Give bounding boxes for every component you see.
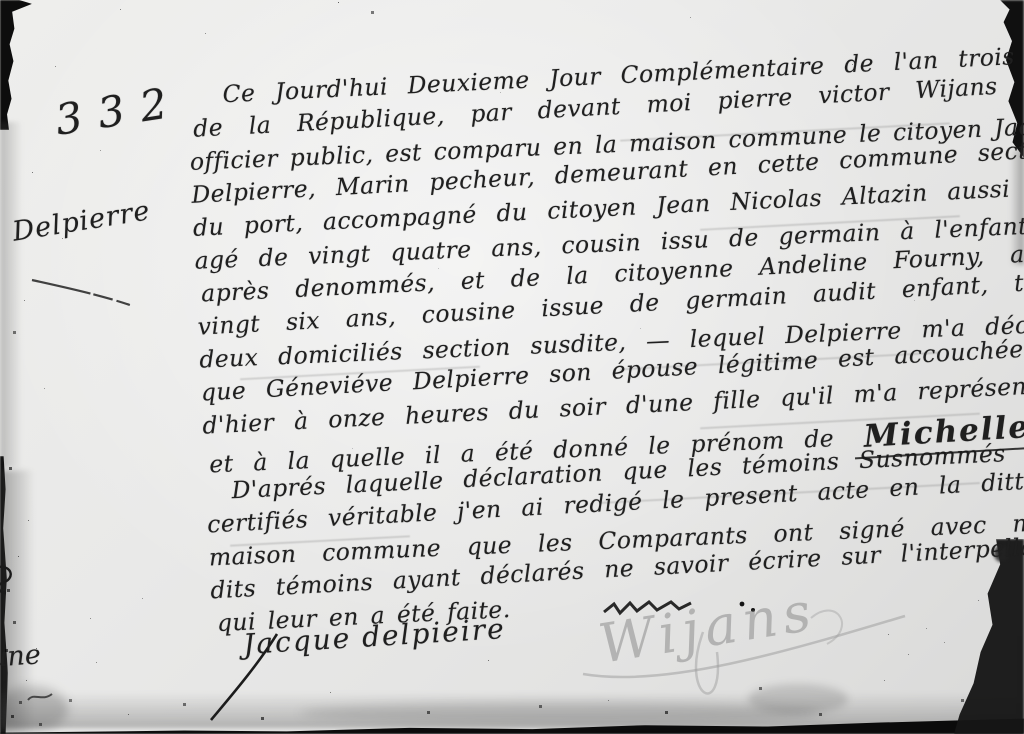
edge-text-fragment: une (0, 639, 42, 673)
act-text: Ce Jourd'hui Deuxieme Jour Complémentair… (186, 40, 1024, 642)
document-scan: 332 Delpierre une Ce Jourd'hui Deuxieme … (0, 0, 1024, 734)
act-number: 332 (52, 76, 186, 144)
margin-name: Delpierre (10, 195, 152, 247)
edge-ink-tilde (26, 690, 56, 704)
scan-speckles (0, 0, 1, 1)
margin-flourish (28, 272, 158, 322)
edge-ink-curl (0, 563, 22, 597)
officer-signature-flourish (575, 588, 915, 728)
scan-edge-left-haze (0, 122, 22, 467)
scan-edge-left-top (0, 0, 32, 130)
